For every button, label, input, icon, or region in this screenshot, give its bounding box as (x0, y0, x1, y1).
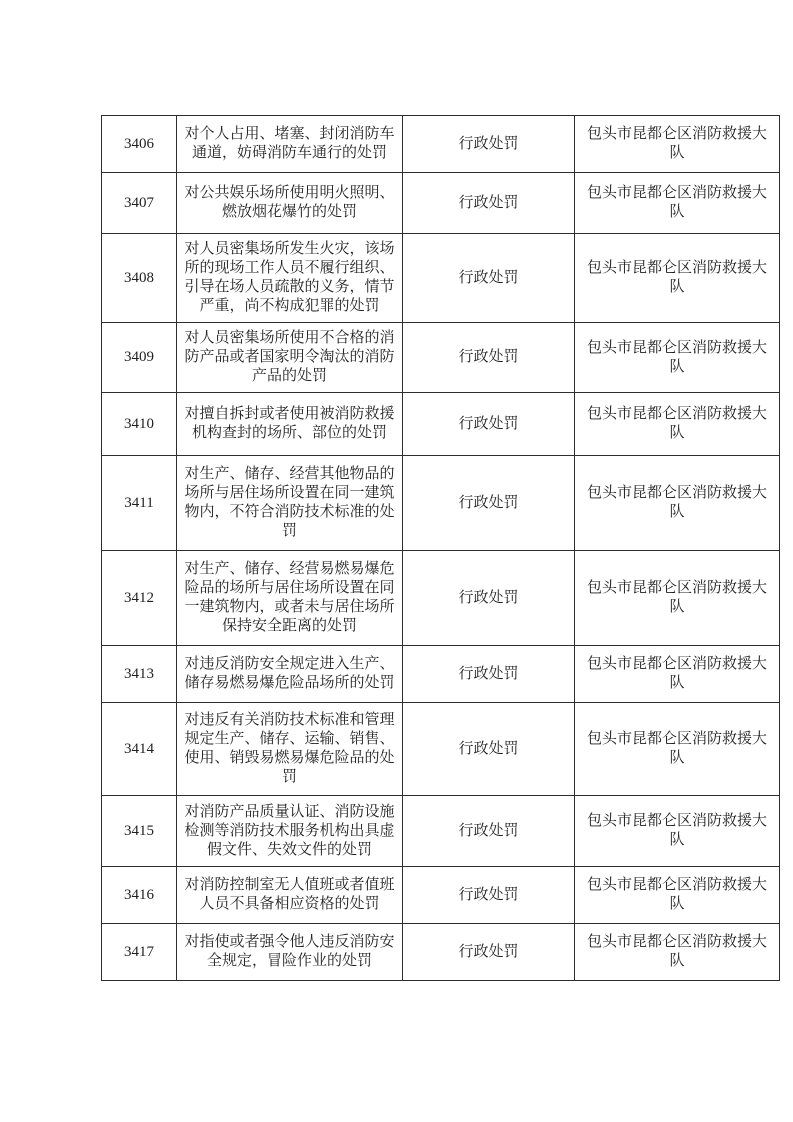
table-row: 3410对擅自拆封或者使用被消防救援机构查封的场所、部位的处罚行政处罚包头市昆都… (102, 393, 780, 456)
cell-category: 行政处罚 (403, 646, 575, 703)
cell-authority: 包头市昆都仑区消防救援大队 (575, 456, 780, 551)
cell-matter: 对违反消防安全规定进入生产、储存易燃易爆危险品场所的处罚 (177, 646, 403, 703)
table-row: 3413对违反消防安全规定进入生产、储存易燃易爆危险品场所的处罚行政处罚包头市昆… (102, 646, 780, 703)
table-row: 3407对公共娱乐场所使用明火照明、燃放烟花爆竹的处罚行政处罚包头市昆都仑区消防… (102, 173, 780, 234)
cell-authority: 包头市昆都仑区消防救援大队 (575, 924, 780, 981)
cell-code: 3413 (102, 646, 177, 703)
cell-matter: 对擅自拆封或者使用被消防救援机构查封的场所、部位的处罚 (177, 393, 403, 456)
table-row: 3409对人员密集场所使用不合格的消防产品或者国家明令淘汰的消防产品的处罚行政处… (102, 323, 780, 393)
cell-category: 行政处罚 (403, 234, 575, 323)
cell-category: 行政处罚 (403, 703, 575, 796)
cell-authority: 包头市昆都仑区消防救援大队 (575, 551, 780, 646)
table-row: 3412对生产、储存、经营易燃易爆危险品的场所与居住场所设置在同一建筑物内，或者… (102, 551, 780, 646)
cell-code: 3414 (102, 703, 177, 796)
cell-matter: 对人员密集场所使用不合格的消防产品或者国家明令淘汰的消防产品的处罚 (177, 323, 403, 393)
cell-category: 行政处罚 (403, 551, 575, 646)
cell-authority: 包头市昆都仑区消防救援大队 (575, 323, 780, 393)
cell-category: 行政处罚 (403, 393, 575, 456)
cell-code: 3406 (102, 116, 177, 173)
cell-authority: 包头市昆都仑区消防救援大队 (575, 796, 780, 867)
cell-matter: 对消防产品质量认证、消防设施检测等消防技术服务机构出具虚假文件、失效文件的处罚 (177, 796, 403, 867)
cell-matter: 对违反有关消防技术标准和管理规定生产、储存、运输、销售、使用、销毁易燃易爆危险品… (177, 703, 403, 796)
table-row: 3417对指使或者强令他人违反消防安全规定，冒险作业的处罚行政处罚包头市昆都仑区… (102, 924, 780, 981)
cell-authority: 包头市昆都仑区消防救援大队 (575, 393, 780, 456)
cell-matter: 对生产、储存、经营其他物品的场所与居住场所设置在同一建筑物内，不符合消防技术标准… (177, 456, 403, 551)
cell-category: 行政处罚 (403, 456, 575, 551)
cell-category: 行政处罚 (403, 867, 575, 924)
table-row: 3416对消防控制室无人值班或者值班人员不具备相应资格的处罚行政处罚包头市昆都仑… (102, 867, 780, 924)
cell-matter: 对指使或者强令他人违反消防安全规定，冒险作业的处罚 (177, 924, 403, 981)
table-row: 3415对消防产品质量认证、消防设施检测等消防技术服务机构出具虚假文件、失效文件… (102, 796, 780, 867)
table-row: 3408对人员密集场所发生火灾，该场所的现场工作人员不履行组织、引导在场人员疏散… (102, 234, 780, 323)
cell-matter: 对个人占用、堵塞、封闭消防车通道，妨碍消防车通行的处罚 (177, 116, 403, 173)
cell-category: 行政处罚 (403, 173, 575, 234)
cell-category: 行政处罚 (403, 116, 575, 173)
cell-category: 行政处罚 (403, 323, 575, 393)
cell-authority: 包头市昆都仑区消防救援大队 (575, 234, 780, 323)
cell-matter: 对生产、储存、经营易燃易爆危险品的场所与居住场所设置在同一建筑物内，或者未与居住… (177, 551, 403, 646)
cell-code: 3416 (102, 867, 177, 924)
cell-category: 行政处罚 (403, 796, 575, 867)
penalty-table-body: 3406对个人占用、堵塞、封闭消防车通道，妨碍消防车通行的处罚行政处罚包头市昆都… (102, 116, 780, 981)
document-page: 3406对个人占用、堵塞、封闭消防车通道，妨碍消防车通行的处罚行政处罚包头市昆都… (0, 0, 793, 1122)
cell-authority: 包头市昆都仑区消防救援大队 (575, 116, 780, 173)
table-row: 3411对生产、储存、经营其他物品的场所与居住场所设置在同一建筑物内，不符合消防… (102, 456, 780, 551)
cell-code: 3410 (102, 393, 177, 456)
cell-authority: 包头市昆都仑区消防救援大队 (575, 867, 780, 924)
cell-code: 3415 (102, 796, 177, 867)
table-row: 3406对个人占用、堵塞、封闭消防车通道，妨碍消防车通行的处罚行政处罚包头市昆都… (102, 116, 780, 173)
cell-code: 3408 (102, 234, 177, 323)
cell-category: 行政处罚 (403, 924, 575, 981)
penalty-table: 3406对个人占用、堵塞、封闭消防车通道，妨碍消防车通行的处罚行政处罚包头市昆都… (101, 115, 780, 981)
table-row: 3414对违反有关消防技术标准和管理规定生产、储存、运输、销售、使用、销毁易燃易… (102, 703, 780, 796)
cell-authority: 包头市昆都仑区消防救援大队 (575, 173, 780, 234)
cell-code: 3407 (102, 173, 177, 234)
cell-authority: 包头市昆都仑区消防救援大队 (575, 703, 780, 796)
cell-authority: 包头市昆都仑区消防救援大队 (575, 646, 780, 703)
cell-code: 3411 (102, 456, 177, 551)
cell-code: 3412 (102, 551, 177, 646)
cell-code: 3409 (102, 323, 177, 393)
cell-matter: 对消防控制室无人值班或者值班人员不具备相应资格的处罚 (177, 867, 403, 924)
cell-matter: 对公共娱乐场所使用明火照明、燃放烟花爆竹的处罚 (177, 173, 403, 234)
cell-matter: 对人员密集场所发生火灾，该场所的现场工作人员不履行组织、引导在场人员疏散的义务，… (177, 234, 403, 323)
cell-code: 3417 (102, 924, 177, 981)
